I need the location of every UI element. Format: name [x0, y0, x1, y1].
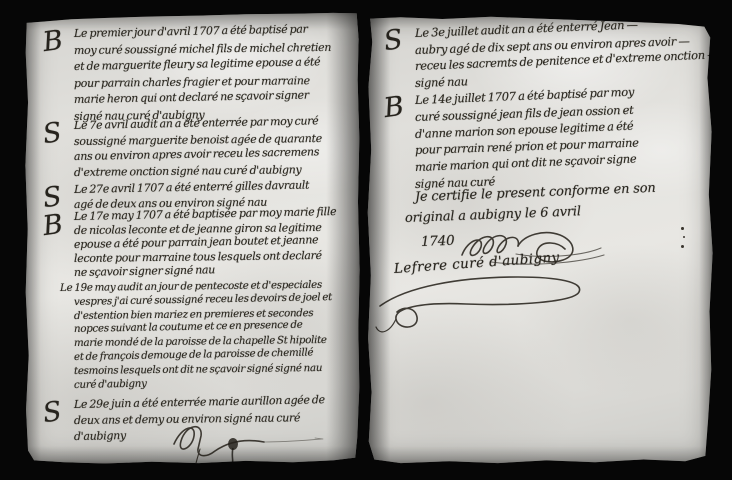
register-entry: BLe 17e may 1707 a été baptisée par moy …: [74, 210, 354, 280]
ink-speck: [681, 245, 684, 248]
certification-year: 1740: [421, 225, 656, 250]
left-page: BLe premier jour d'avril 1707 a été bapt…: [24, 12, 360, 464]
ink-speck: [681, 227, 684, 230]
manuscript-scan: BLe premier jour d'avril 1707 a été bapt…: [0, 0, 732, 480]
register-entry: BLe premier jour d'avril 1707 a été bapt…: [74, 26, 354, 125]
register-entry: BLe 14e juillet 1707 a été baptisé par m…: [415, 92, 707, 193]
left-page-entries: BLe premier jour d'avril 1707 a été bapt…: [24, 12, 360, 464]
register-entry: SLe 29e juin a été enterrée marie aurill…: [74, 397, 354, 445]
margin-letter: S: [41, 119, 63, 148]
register-entry: Le 19e may audit an jour de pentecoste e…: [74, 282, 354, 392]
register-entry: SLe 3e juillet audit an a été enterré Je…: [415, 25, 707, 91]
register-entry: SLe 7e avril audit an a été enterrée par…: [74, 118, 354, 180]
margin-letter: S: [382, 26, 404, 55]
ink-speck: [683, 236, 685, 238]
certification-line: original a aubigny le 6 avril: [405, 201, 656, 226]
margin-letter: B: [382, 93, 405, 122]
certification-block: Je certifie le present conforme en son o…: [415, 190, 656, 250]
margin-letter: B: [41, 211, 64, 240]
margin-letter: S: [41, 398, 63, 427]
right-page: SLe 3e juillet audit an a été enterré Je…: [366, 15, 713, 464]
margin-letter: B: [41, 27, 64, 56]
